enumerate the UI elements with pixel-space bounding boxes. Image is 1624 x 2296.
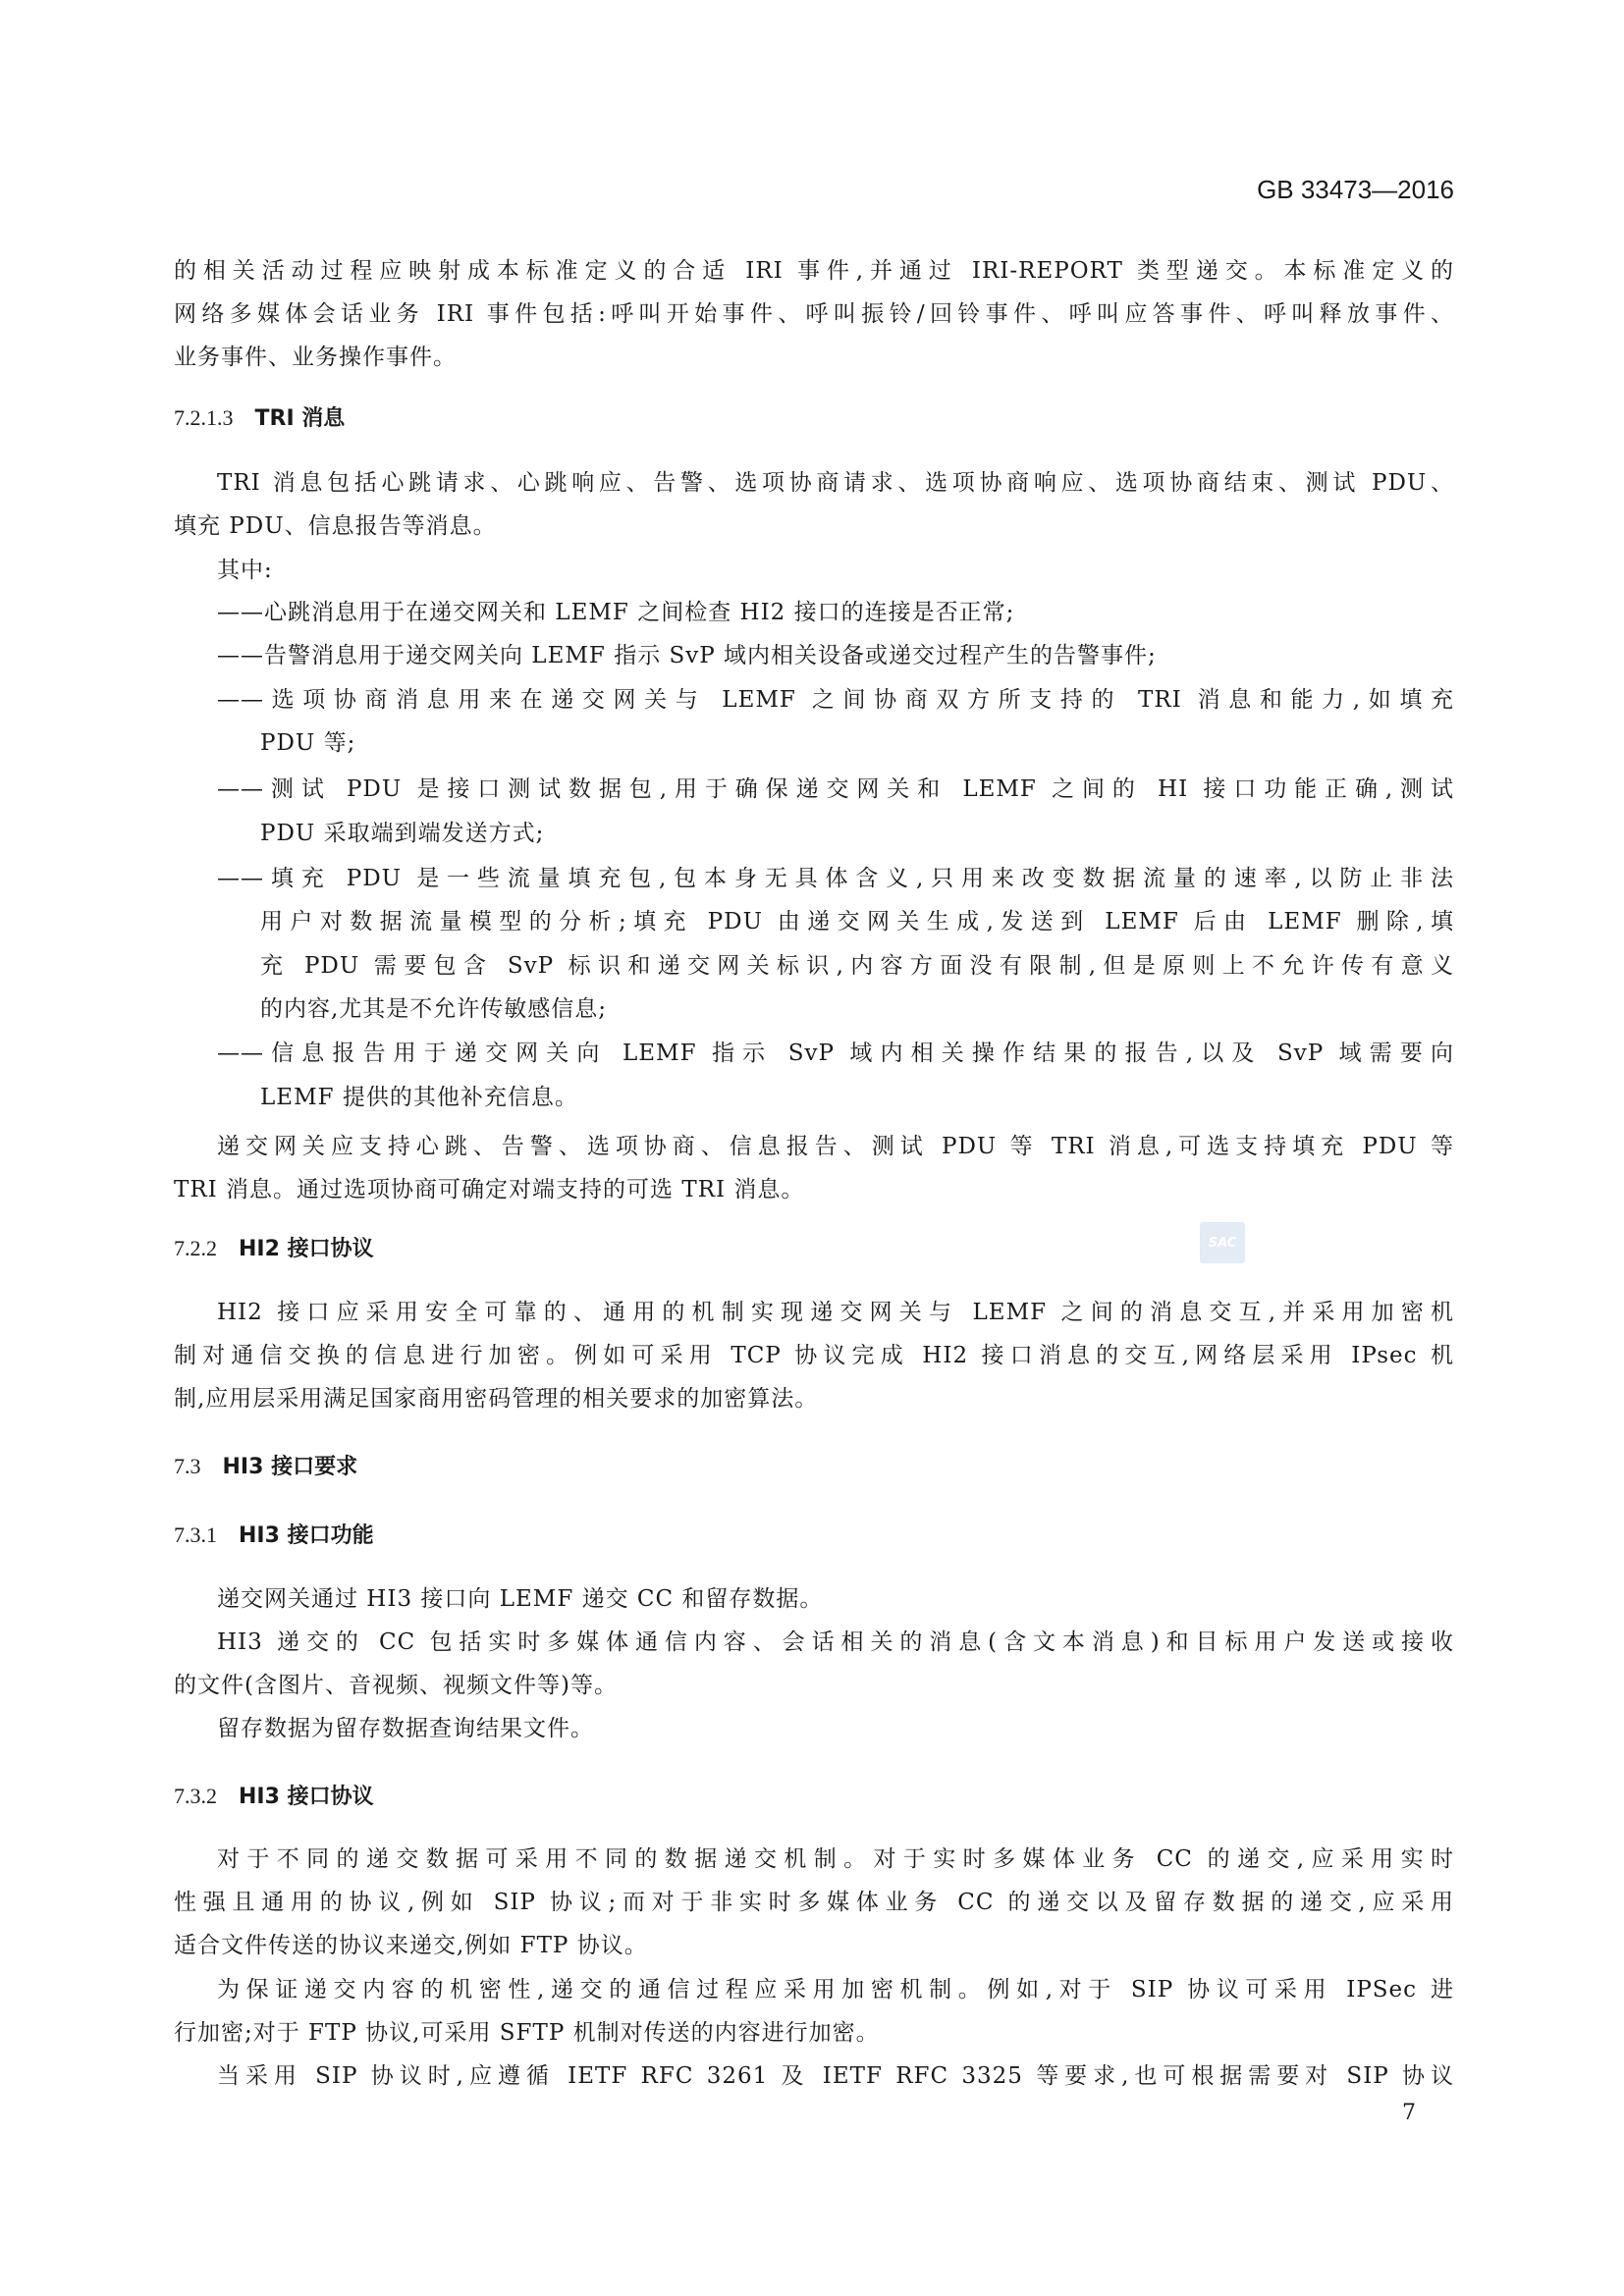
sac-watermark-logo: SAC <box>1200 1222 1245 1263</box>
document-page: GB 33473—2016 SAC 的相关活动过程应映射成本标准定义的合适 IR… <box>0 0 1624 2296</box>
text-line: TRI 消息包括心跳请求、心跳响应、告警、选项协商请求、选项协商响应、选项协商结… <box>217 469 1454 497</box>
text-line: 对于不同的递交数据可采用不同的数据递交机制。对于实时多媒体业务 CC 的递交,应… <box>217 1845 1454 1873</box>
text-line: PDU 等; <box>260 729 355 757</box>
text-line: 为保证递交内容的机密性,递交的通信过程应采用加密机制。例如,对于 SIP 协议可… <box>217 1976 1454 2003</box>
section-heading: 7.2.2HI2 接口协议 <box>174 1235 374 1263</box>
section-number: 7.2.2 <box>174 1236 217 1260</box>
text-line: ——填充 PDU 是一些流量填充包,包本身无具体含义,只用来改变数据流量的速率,… <box>217 865 1454 892</box>
text-line: ——选项协商消息用来在递交网关与 LEMF 之间协商双方所支持的 TRI 消息和… <box>217 686 1454 714</box>
text-line: 充 PDU 需要包含 SvP 标识和递交网关标识,内容方面没有限制,但是原则上不… <box>260 952 1454 980</box>
page-number: 7 <box>1402 2101 1416 2125</box>
section-title: HI3 接口协议 <box>239 1785 374 1809</box>
text-line: LEMF 提供的其他补充信息。 <box>260 1084 578 1111</box>
text-line: 的相关活动过程应映射成本标准定义的合适 IRI 事件,并通过 IRI-REPOR… <box>174 257 1454 285</box>
section-title: HI3 接口功能 <box>239 1523 374 1548</box>
section-number: 7.3 <box>174 1454 201 1478</box>
section-title: HI3 接口要求 <box>223 1455 358 1479</box>
text-line: 递交网关应支持心跳、告警、选项协商、信息报告、测试 PDU 等 TRI 消息,可… <box>217 1133 1454 1160</box>
text-line: ——测试 PDU 是接口测试数据包,用于确保递交网关和 LEMF 之间的 HI … <box>217 775 1454 803</box>
text-line: 网络多媒体会话业务 IRI 事件包括:呼叫开始事件、呼叫振铃/回铃事件、呼叫应答… <box>174 300 1454 328</box>
section-title: HI2 接口协议 <box>239 1237 374 1261</box>
section-heading: 7.3.2HI3 接口协议 <box>174 1783 374 1811</box>
text-line: HI3 递交的 CC 包括实时多媒体通信内容、会话相关的消息(含文本消息)和目标… <box>217 1629 1454 1656</box>
text-line: 制,应用层采用满足国家商用密码管理的相关要求的加密算法。 <box>174 1385 818 1413</box>
text-line: 的内容,尤其是不允许传敏感信息; <box>260 995 607 1023</box>
text-line: 适合文件传送的协议来递交,例如 FTP 协议。 <box>174 1932 648 1959</box>
text-line: HI2 接口应采用安全可靠的、通用的机制实现递交网关与 LEMF 之间的消息交互… <box>217 1299 1454 1326</box>
text-line: TRI 消息。通过选项协商可确定对端支持的可选 TRI 消息。 <box>174 1176 804 1203</box>
text-line: 填充 PDU、信息报告等消息。 <box>174 512 497 540</box>
section-heading: 7.2.1.3TRI 消息 <box>174 404 345 433</box>
text-line: 制对通信交换的信息进行加密。例如可采用 TCP 协议完成 HI2 接口消息的交互… <box>174 1342 1454 1369</box>
standard-number-header: GB 33473—2016 <box>1257 175 1454 205</box>
text-line: 性强且通用的协议,例如 SIP 协议;而对于非实时多媒体业务 CC 的递交以及留… <box>174 1889 1454 1916</box>
section-title: TRI 消息 <box>255 406 346 431</box>
text-line: 留存数据为留存数据查询结果文件。 <box>217 1715 594 1742</box>
text-line: 用户对数据流量模型的分析;填充 PDU 由递交网关生成,发送到 LEMF 后由 … <box>260 908 1454 935</box>
section-number: 7.2.1.3 <box>174 405 234 430</box>
text-line: 的文件(含图片、音视频、视频文件等)等。 <box>174 1672 618 1699</box>
text-line: 当采用 SIP 协议时,应遵循 IETF RFC 3261 及 IETF RFC… <box>217 2062 1454 2090</box>
text-line: 递交网关通过 HI3 接口向 LEMF 递交 CC 和留存数据。 <box>217 1585 823 1613</box>
text-line: ——告警消息用于递交网关向 LEMF 指示 SvP 域内相关设备或递交过程产生的… <box>217 642 1157 669</box>
section-number: 7.3.1 <box>174 1522 217 1547</box>
text-line: 其中: <box>217 557 273 584</box>
section-heading: 7.3HI3 接口要求 <box>174 1453 357 1481</box>
text-line: ——心跳消息用于在递交网关和 LEMF 之间检查 HI2 接口的连接是否正常; <box>217 599 1014 626</box>
text-line: 行加密;对于 FTP 协议,可采用 SFTP 机制对传送的内容进行加密。 <box>174 2019 880 2047</box>
text-line: 业务事件、业务操作事件。 <box>174 344 457 371</box>
section-heading: 7.3.1HI3 接口功能 <box>174 1522 374 1550</box>
text-line: PDU 采取端到端发送方式; <box>260 820 544 847</box>
text-line: ——信息报告用于递交网关向 LEMF 指示 SvP 域内相关操作结果的报告,以及… <box>217 1040 1454 1067</box>
section-number: 7.3.2 <box>174 1784 217 1808</box>
